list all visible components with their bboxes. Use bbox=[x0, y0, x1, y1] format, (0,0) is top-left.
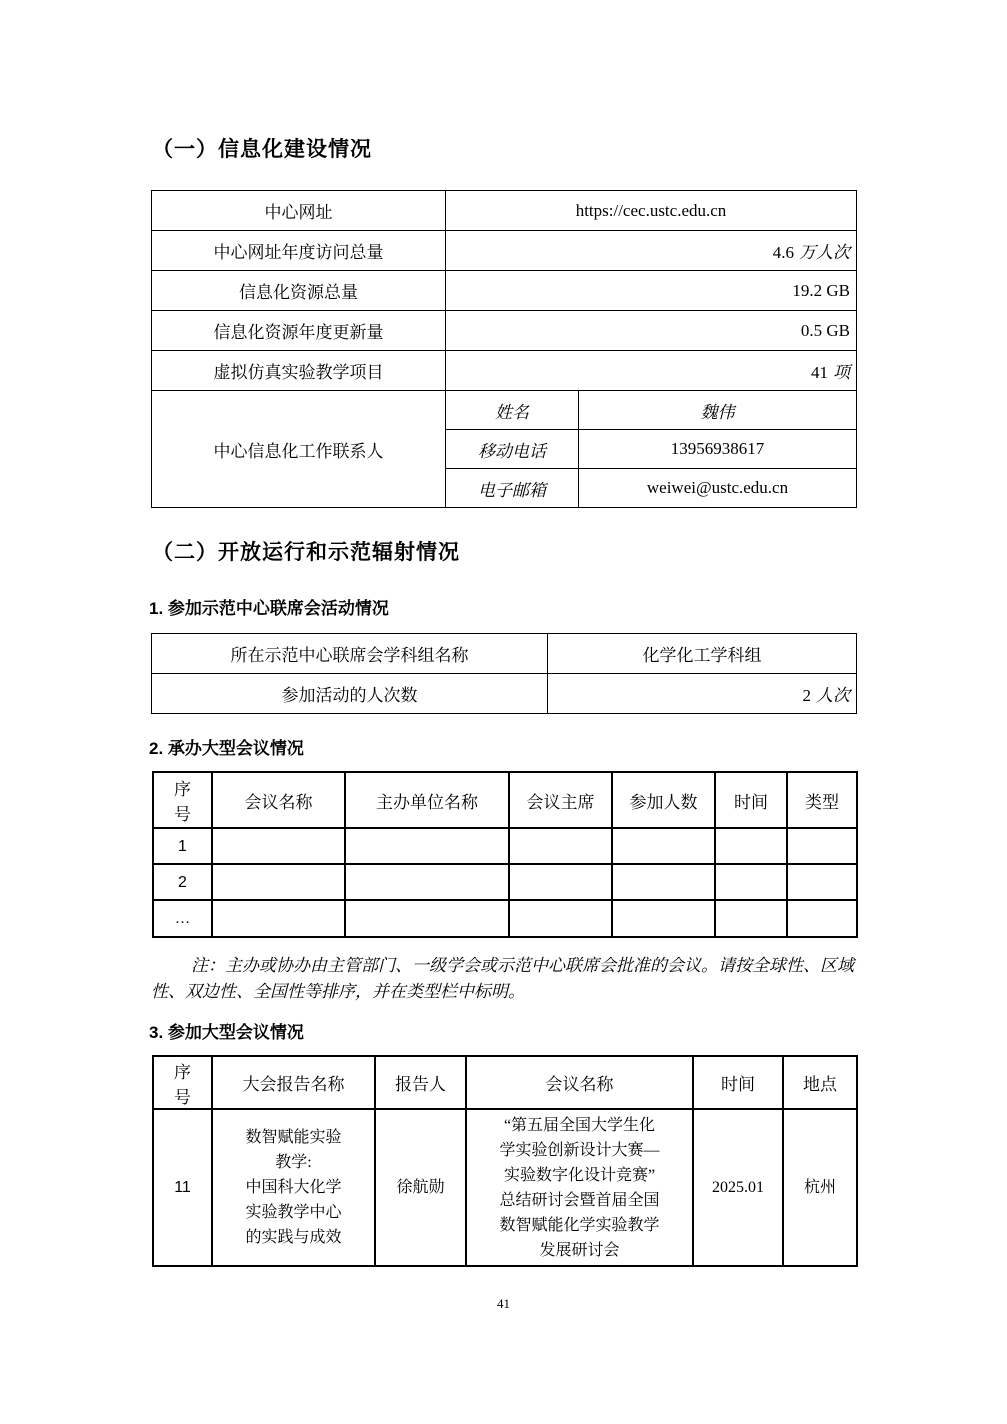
serial-cell: … bbox=[153, 900, 212, 937]
contact-name-value: 魏伟 bbox=[579, 391, 857, 430]
header-conference-name: 会议名称 bbox=[212, 772, 345, 828]
section-heading-2: （二）开放运行和示范辐射情况 bbox=[152, 536, 857, 566]
table-row: 信息化资源年度更新量 0.5 GB bbox=[152, 311, 857, 351]
serial-cell: 2 bbox=[153, 864, 212, 900]
contact-phone-value: 13956938617 bbox=[579, 430, 857, 469]
empty-cell bbox=[715, 828, 787, 864]
serial-cell: 11 bbox=[153, 1109, 212, 1266]
subheading-joint-group: 1. 参加示范中心联席会活动情况 bbox=[149, 594, 854, 619]
subheading-attended-conferences: 3. 参加大型会议情况 bbox=[149, 1018, 854, 1043]
header-chair: 会议主席 bbox=[509, 772, 612, 828]
empty-cell bbox=[345, 828, 509, 864]
label-cell: 信息化资源年度更新量 bbox=[152, 311, 446, 351]
table-row: 参加活动的人次数 2人次 bbox=[152, 674, 857, 714]
table-row: 1 bbox=[153, 828, 857, 864]
empty-cell bbox=[509, 864, 612, 900]
empty-cell bbox=[787, 900, 857, 937]
value-cell: 0.5 GB bbox=[446, 311, 857, 351]
label-cell: 参加活动的人次数 bbox=[152, 674, 548, 714]
value-unit: 项 bbox=[833, 363, 850, 382]
header-speaker: 报告人 bbox=[375, 1056, 466, 1109]
note-text: 注：主办或协办由主管部门、一级学会或示范中心联席会批准的会议。请按全球性、区域性… bbox=[151, 953, 858, 1005]
empty-cell bbox=[612, 900, 715, 937]
header-time: 时间 bbox=[693, 1056, 783, 1109]
attended-conferences-table: 序 号 大会报告名称 报告人 会议名称 时间 地点 11 数智赋能实验 教学: … bbox=[152, 1055, 858, 1267]
header-serial: 序 号 bbox=[153, 1056, 212, 1109]
empty-cell bbox=[509, 900, 612, 937]
joint-group-table: 所在示范中心联席会学科组名称 化学化工学科组 参加活动的人次数 2人次 bbox=[151, 633, 857, 714]
table-row: 2 bbox=[153, 864, 857, 900]
label-cell: 信息化资源总量 bbox=[152, 271, 446, 311]
contact-label-cell: 中心信息化工作联系人 bbox=[152, 391, 446, 508]
header-time: 时间 bbox=[715, 772, 787, 828]
table-header-row: 序 号 大会报告名称 报告人 会议名称 时间 地点 bbox=[153, 1056, 857, 1109]
header-organizer: 主办单位名称 bbox=[345, 772, 509, 828]
value-cell: 化学化工学科组 bbox=[548, 634, 857, 674]
empty-cell bbox=[212, 864, 345, 900]
table-row: 所在示范中心联席会学科组名称 化学化工学科组 bbox=[152, 634, 857, 674]
contact-name-label: 姓名 bbox=[446, 391, 579, 430]
value-unit: 人次 bbox=[816, 686, 850, 705]
info-table: 中心网址 https://cec.ustc.edu.cn 中心网址年度访问总量 … bbox=[151, 190, 857, 508]
speaker-cell: 徐航勋 bbox=[375, 1109, 466, 1266]
value-cell: 19.2 GB bbox=[446, 271, 857, 311]
value-cell: 41项 bbox=[446, 351, 857, 391]
time-cell: 2025.01 bbox=[693, 1109, 783, 1266]
hosted-conferences-table: 序 号 会议名称 主办单位名称 会议主席 参加人数 时间 类型 1 2 … bbox=[152, 771, 858, 938]
header-serial: 序 号 bbox=[153, 772, 212, 828]
value-cell: 2人次 bbox=[548, 674, 857, 714]
value-cell: 4.6万人次 bbox=[446, 231, 857, 271]
header-participants: 参加人数 bbox=[612, 772, 715, 828]
header-place: 地点 bbox=[783, 1056, 857, 1109]
conference-name-cell: “第五届全国大学生化 学实验创新设计大赛— 实验数字化设计竞赛” 总结研讨会暨首… bbox=[466, 1109, 693, 1266]
empty-cell bbox=[345, 900, 509, 937]
empty-cell bbox=[212, 900, 345, 937]
empty-cell bbox=[345, 864, 509, 900]
table-row: 虚拟仿真实验教学项目 41项 bbox=[152, 351, 857, 391]
section-heading-1: （一）信息化建设情况 bbox=[152, 133, 857, 163]
contact-phone-label: 移动电话 bbox=[446, 430, 579, 469]
value-unit: 万人次 bbox=[799, 243, 850, 262]
value-number: 2 bbox=[803, 686, 812, 705]
empty-cell bbox=[509, 828, 612, 864]
subheading-hosted-conferences: 2. 承办大型会议情况 bbox=[149, 734, 854, 759]
label-cell: 中心网址 bbox=[152, 191, 446, 231]
header-report-title: 大会报告名称 bbox=[212, 1056, 375, 1109]
value-number: 4.6 bbox=[773, 243, 794, 262]
table-row: … bbox=[153, 900, 857, 937]
value-cell: https://cec.ustc.edu.cn bbox=[446, 191, 857, 231]
report-title-cell: 数智赋能实验 教学: 中国科大化学 实验教学中心 的实践与成效 bbox=[212, 1109, 375, 1266]
contact-email-label: 电子邮箱 bbox=[446, 469, 579, 508]
header-type: 类型 bbox=[787, 772, 857, 828]
header-conference-name: 会议名称 bbox=[466, 1056, 693, 1109]
empty-cell bbox=[612, 828, 715, 864]
document-page: （一）信息化建设情况 中心网址 https://cec.ustc.edu.cn … bbox=[0, 0, 1007, 1424]
table-row: 11 数智赋能实验 教学: 中国科大化学 实验教学中心 的实践与成效 徐航勋 “… bbox=[153, 1109, 857, 1266]
empty-cell bbox=[715, 900, 787, 937]
table-row: 信息化资源总量 19.2 GB bbox=[152, 271, 857, 311]
table-row: 中心信息化工作联系人 姓名 魏伟 bbox=[152, 391, 857, 430]
empty-cell bbox=[787, 864, 857, 900]
empty-cell bbox=[212, 828, 345, 864]
table-header-row: 序 号 会议名称 主办单位名称 会议主席 参加人数 时间 类型 bbox=[153, 772, 857, 828]
place-cell: 杭州 bbox=[783, 1109, 857, 1266]
page-number: 41 bbox=[0, 1296, 1007, 1312]
serial-cell: 1 bbox=[153, 828, 212, 864]
empty-cell bbox=[787, 828, 857, 864]
label-cell: 所在示范中心联席会学科组名称 bbox=[152, 634, 548, 674]
label-cell: 中心网址年度访问总量 bbox=[152, 231, 446, 271]
table-row: 中心网址 https://cec.ustc.edu.cn bbox=[152, 191, 857, 231]
table-row: 中心网址年度访问总量 4.6万人次 bbox=[152, 231, 857, 271]
contact-email-value: weiwei@ustc.edu.cn bbox=[579, 469, 857, 508]
label-cell: 虚拟仿真实验教学项目 bbox=[152, 351, 446, 391]
empty-cell bbox=[612, 864, 715, 900]
empty-cell bbox=[715, 864, 787, 900]
value-number: 41 bbox=[811, 363, 828, 382]
